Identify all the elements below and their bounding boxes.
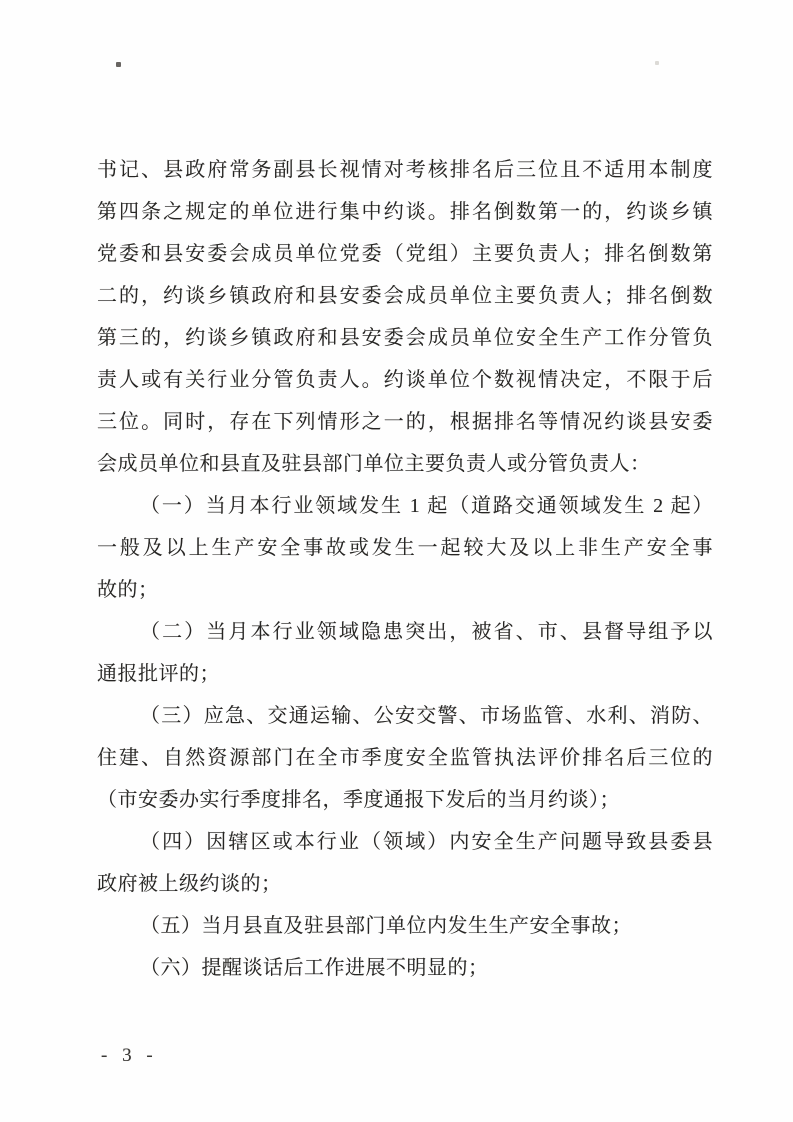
paragraph: （六）提醒谈话后工作进展不明显的； — [97, 947, 713, 989]
text-line: 党委和县安委会成员单位党委（党组）主要负责人；排名倒数第 — [97, 233, 713, 275]
page-number: - 3 - — [101, 1044, 158, 1068]
text-line: 通报批评的； — [97, 653, 713, 695]
text-line: （市安委办实行季度排名，季度通报下发后的当月约谈）； — [97, 779, 713, 821]
text-line: 会成员单位和县直及驻县部门单位主要负责人或分管负责人： — [97, 443, 713, 485]
scanned-document-page: 书记、县政府常务副县长视情对考核排名后三位且不适用本制度第四条之规定的单位进行集… — [0, 0, 793, 1122]
text-line: 政府被上级约谈的； — [97, 863, 713, 905]
text-line: 第三的，约谈乡镇政府和县安委会成员单位安全生产工作分管负 — [97, 317, 713, 359]
paragraph: （三）应急、交通运输、公安交警、市场监管、水利、消防、住建、自然资源部门在全市季… — [97, 695, 713, 821]
text-line: 住建、自然资源部门在全市季度安全监管执法评价排名后三位的 — [97, 737, 713, 779]
scan-artifact-speck — [655, 61, 659, 65]
text-line: 责人或有关行业分管负责人。约谈单位个数视情决定，不限于后 — [97, 359, 713, 401]
text-line: 书记、县政府常务副县长视情对考核排名后三位且不适用本制度 — [97, 149, 713, 191]
document-body-text: 书记、县政府常务副县长视情对考核排名后三位且不适用本制度第四条之规定的单位进行集… — [97, 149, 713, 989]
text-line: 第四条之规定的单位进行集中约谈。排名倒数第一的，约谈乡镇 — [97, 191, 713, 233]
text-line: （二）当月本行业领域隐患突出，被省、市、县督导组予以 — [97, 611, 713, 653]
text-line: 三位。同时，存在下列情形之一的，根据排名等情况约谈县安委 — [97, 401, 713, 443]
paragraph: （二）当月本行业领域隐患突出，被省、市、县督导组予以通报批评的； — [97, 611, 713, 695]
text-line: （四）因辖区或本行业（领域）内安全生产问题导致县委县 — [97, 821, 713, 863]
text-line: （五）当月县直及驻县部门单位内发生生产安全事故； — [97, 905, 713, 947]
text-line: 故的； — [97, 569, 713, 611]
paragraph: （五）当月县直及驻县部门单位内发生生产安全事故； — [97, 905, 713, 947]
scan-artifact-speck — [116, 62, 121, 67]
text-line: （三）应急、交通运输、公安交警、市场监管、水利、消防、 — [97, 695, 713, 737]
text-line: 一般及以上生产安全事故或发生一起较大及以上非生产安全事 — [97, 527, 713, 569]
paragraph: （四）因辖区或本行业（领域）内安全生产问题导致县委县政府被上级约谈的； — [97, 821, 713, 905]
text-line: （一）当月本行业领域发生 1 起（道路交通领域发生 2 起） — [97, 485, 713, 527]
text-line: （六）提醒谈话后工作进展不明显的； — [97, 947, 713, 989]
text-line: 二的，约谈乡镇政府和县安委会成员单位主要负责人；排名倒数 — [97, 275, 713, 317]
paragraph: 书记、县政府常务副县长视情对考核排名后三位且不适用本制度第四条之规定的单位进行集… — [97, 149, 713, 485]
paragraph: （一）当月本行业领域发生 1 起（道路交通领域发生 2 起）一般及以上生产安全事… — [97, 485, 713, 611]
